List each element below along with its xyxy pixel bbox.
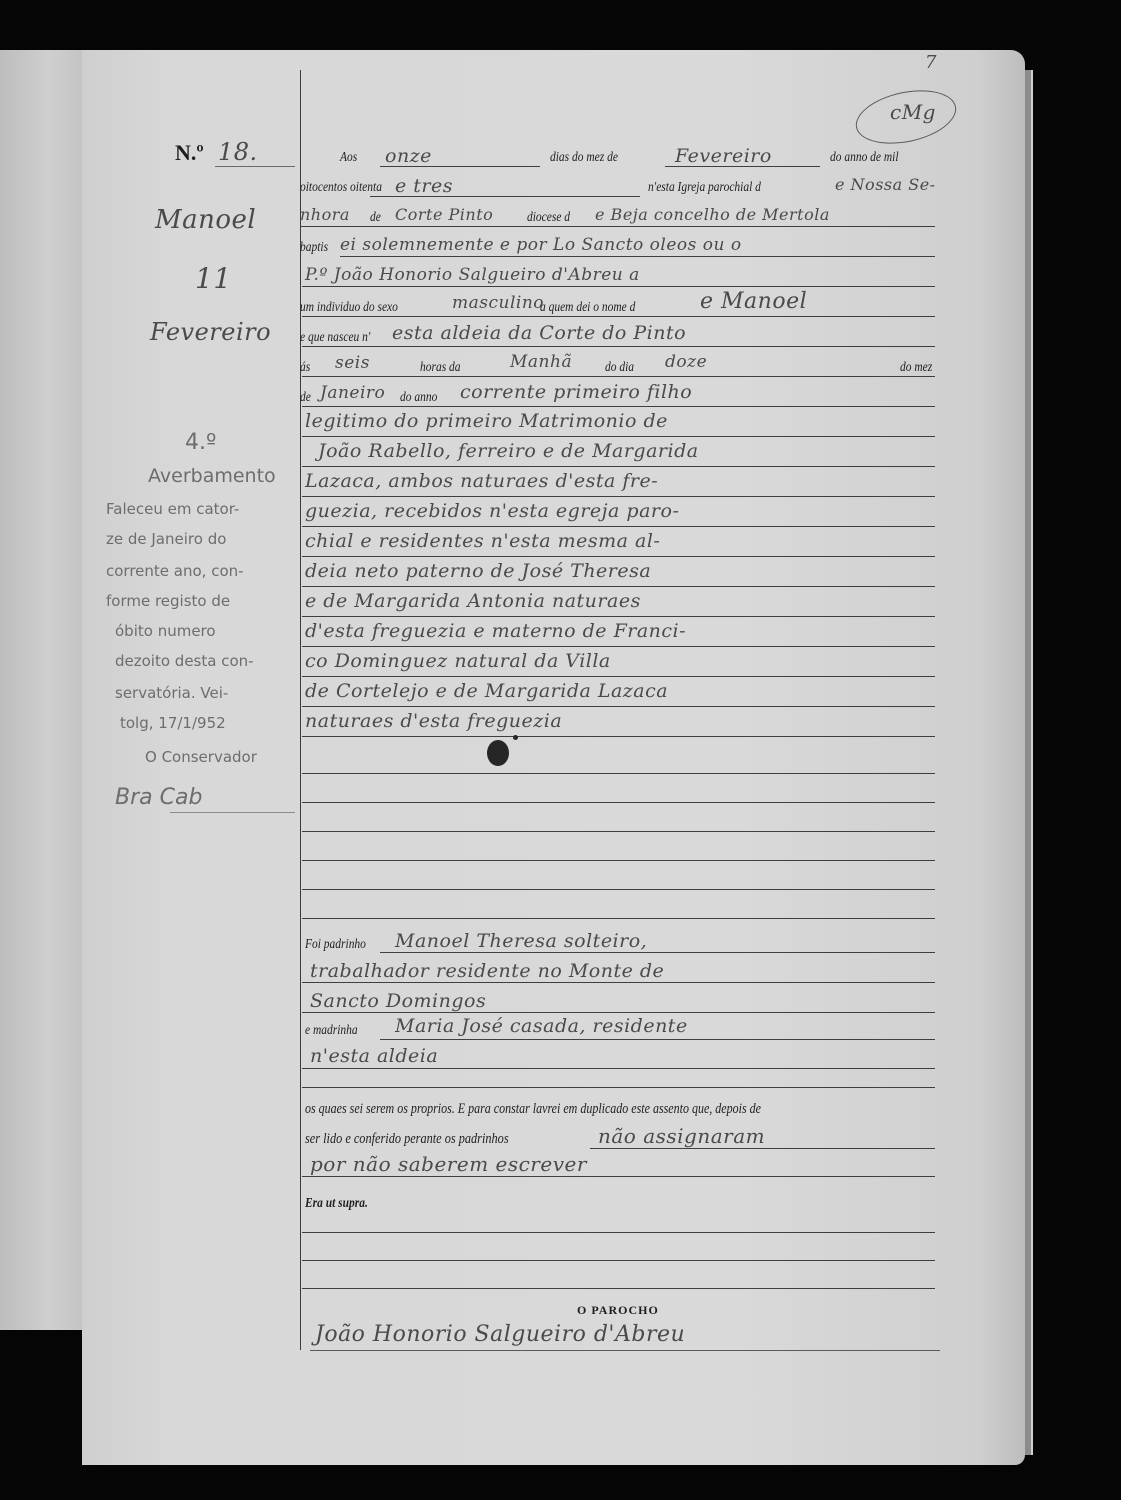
madrinha-label: e madrinha <box>305 1023 358 1039</box>
fill-rule <box>302 616 935 617</box>
fill-rule <box>302 376 935 377</box>
madrinha-line: Maria José casada, residente <box>395 1015 688 1037</box>
padrinho-label: Foi padrinho <box>305 937 366 953</box>
annotation-line: dezoito desta con- <box>115 652 254 670</box>
annotation-line: corrente ano, con- <box>106 562 244 580</box>
text-do-anno: do anno de mil <box>830 150 899 166</box>
parocho-signature: João Honorio Salgueiro d'Abreu <box>315 1322 685 1347</box>
hand-year-child: corrente primeiro filho <box>460 381 692 403</box>
text-do-dia: do dia <box>605 360 634 376</box>
entry-number-rule <box>215 166 295 167</box>
empty-rule <box>302 802 935 803</box>
hand-month: Fevereiro <box>675 145 772 167</box>
fill-rule <box>380 1039 935 1040</box>
text-de: de <box>370 210 381 226</box>
hand-reason: por não saberem escrever <box>310 1152 587 1176</box>
fill-rule <box>302 556 935 557</box>
hand-parish: e Nossa Se- <box>835 175 936 194</box>
text-igreja: n'esta Igreja parochial d <box>648 180 761 196</box>
hand-place: Corte Pinto <box>395 205 493 224</box>
hand-time-of-day: Manhã <box>510 352 572 372</box>
empty-rule <box>302 1232 935 1233</box>
fill-rule <box>300 226 935 227</box>
fill-rule <box>302 1068 935 1069</box>
empty-rule <box>302 1260 935 1261</box>
annotation-line: servatória. Vei- <box>115 684 228 702</box>
fill-rule <box>302 706 935 707</box>
corner-initials: cMg <box>890 100 936 124</box>
hand-birth-month: Janeiro <box>320 383 385 403</box>
empty-rule <box>302 918 935 919</box>
hand-line: naturaes d'esta freguezia <box>305 710 562 732</box>
text-dias-do-mez: dias do mez de <box>550 150 618 166</box>
annotation-mark: 4.º <box>185 430 216 455</box>
margin-rule <box>300 70 301 1350</box>
entry-number: 18. <box>218 138 258 166</box>
padrinho-line: trabalhador residente no Monte de <box>310 960 664 982</box>
hand-birthplace: esta aldeia da Corte do Pinto <box>392 322 686 344</box>
hand-line: legitimo do primeiro Matrimonio de <box>305 410 668 432</box>
fill-rule <box>302 1176 935 1177</box>
hand-line: guezia, recebidos n'esta egreja paro- <box>305 500 679 522</box>
fill-rule <box>302 346 935 347</box>
parocho-label: O PAROCHO <box>577 1303 659 1318</box>
text-do-anno: do anno <box>400 390 437 406</box>
conservator-signature: Bra Cab <box>115 785 202 810</box>
fill-rule <box>302 286 935 287</box>
fill-rule <box>302 736 935 737</box>
empty-rule <box>302 773 935 774</box>
text-oitocentos: oitocentos oitenta <box>300 180 382 196</box>
hand-line: de Cortelejo e de Margarida Lazaca <box>305 680 668 702</box>
hand-baptism-details: ei solemnemente e por Lo Sancto oleos ou… <box>340 235 742 255</box>
hand-line: Lazaca, ambos naturaes d'esta fre- <box>305 470 658 492</box>
empty-rule <box>302 831 935 832</box>
padrinho-line: Sancto Domingos <box>310 990 486 1012</box>
fill-rule <box>302 406 935 407</box>
text-do-mez: do mez <box>900 360 932 376</box>
text-horas: horas da <box>420 360 461 376</box>
padrinho-line: Manoel Theresa solteiro, <box>395 930 647 952</box>
hand-not-signed: não assignaram <box>598 1124 765 1148</box>
hand-line: João Rabello, ferreiro e de Margarida <box>318 440 699 462</box>
annotation-line: óbito numero <box>115 622 216 640</box>
fill-rule <box>302 316 935 317</box>
hand-line: d'esta freguezia e materno de Franci- <box>305 620 686 642</box>
empty-rule <box>302 889 935 890</box>
annotation-line: ze de Janeiro do <box>106 530 226 548</box>
hand-given-name: e Manoel <box>700 289 807 314</box>
signature-rule <box>310 1350 940 1351</box>
text-nasceu: e que nasceu n' <box>300 330 370 346</box>
fill-rule <box>302 646 935 647</box>
signature-stroke <box>170 812 295 813</box>
annotation-line: forme registo de <box>106 592 230 610</box>
left-facing-page <box>0 50 83 1330</box>
fill-rule <box>302 1012 935 1013</box>
margin-day: 11 <box>195 262 232 295</box>
hand-year: e tres <box>395 175 453 197</box>
hand-line: chial e residentes n'esta mesma al- <box>305 530 660 552</box>
entry-number-label: N.º <box>175 140 204 166</box>
annotation-line: tolg, 17/1/952 <box>120 714 226 732</box>
text-aos: Aos <box>340 150 357 166</box>
text-sexo: um individuo do sexo <box>300 300 398 316</box>
closing-line: os quaes sei serem os proprios. E para c… <box>305 1101 761 1118</box>
fill-rule <box>380 952 935 953</box>
hand-day-words: onze <box>385 145 432 167</box>
empty-rule <box>302 860 935 861</box>
fill-rule <box>302 586 935 587</box>
text-nome: a quem dei o nome d <box>540 300 635 316</box>
conservator-label: O Conservador <box>145 748 257 766</box>
hand-parish-cont: nhora <box>300 205 350 224</box>
margin-month: Fevereiro <box>150 318 271 346</box>
fill-rule <box>340 256 935 257</box>
fill-rule <box>302 1087 935 1088</box>
empty-rule <box>302 1288 935 1289</box>
fill-rule <box>590 1148 935 1149</box>
text-baptis: baptis <box>300 240 328 256</box>
hand-sex: masculino <box>452 293 544 313</box>
page-edge <box>1025 70 1033 1455</box>
ink-blot <box>487 740 509 766</box>
text-de: de <box>300 390 311 406</box>
fill-rule <box>302 982 935 983</box>
era-ut-supra: Era ut supra. <box>305 1196 368 1212</box>
hand-birth-day: doze <box>665 352 707 372</box>
hand-line: deia neto paterno de José Theresa <box>305 560 651 582</box>
page-number-mark: 7 <box>925 52 937 73</box>
hand-line: e de Margarida Antonia naturaes <box>305 590 641 612</box>
fill-rule <box>302 466 935 467</box>
fill-rule <box>302 496 935 497</box>
annotation-line: Faleceu em cator- <box>106 500 239 518</box>
ink-dot <box>513 735 518 740</box>
fill-rule <box>302 676 935 677</box>
text-diocese: diocese d <box>527 210 570 226</box>
fill-rule <box>302 526 935 527</box>
annotation-line: Averbamento <box>148 465 276 487</box>
hand-hour: seis <box>335 353 370 373</box>
text-as: ás <box>300 360 310 376</box>
fill-rule <box>302 436 935 437</box>
madrinha-line: n'esta aldeia <box>310 1045 438 1067</box>
closing-line-2: ser lido e conferido perante os padrinho… <box>305 1131 509 1148</box>
hand-priest: P.º João Honorio Salgueiro d'Abreu a <box>305 265 640 285</box>
margin-child-name: Manoel <box>155 205 256 235</box>
hand-line: co Dominguez natural da Villa <box>305 650 611 672</box>
hand-diocese: e Beja concelho de Mertola <box>595 205 830 224</box>
